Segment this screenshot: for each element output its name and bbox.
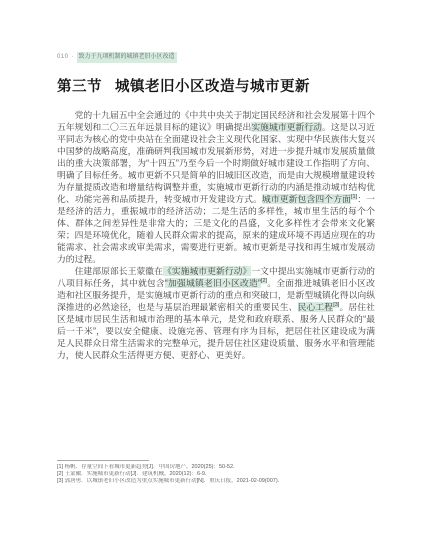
- footnote: [3] 郭唐勇．以城镇老旧小区改造为重点实施城市更新行动[N]．重庆日报，202…: [57, 478, 375, 485]
- section-number: 第三节: [57, 79, 102, 95]
- highlighted-text: 《实施城市更新行动》: [163, 266, 251, 276]
- highlighted-text: 民心工程: [298, 302, 334, 312]
- footnote: [2] 王蒙徽．实施城市更新行动[J]．建筑机械，2020(12)：6-9．: [57, 471, 375, 478]
- running-header: 010 · 致力于九项机制的城镇老旧小区改造: [57, 52, 375, 63]
- text-run: ：一是经济的活力，重振城市的经济活动；二是生活的多样性，城市里生活的每个个体、群…: [57, 194, 375, 264]
- section-title: 第三节城镇老旧小区改造与城市更新: [57, 78, 375, 96]
- body-paragraphs: 党的十九届五中全会通过的《中共中央关于制定国民经济和社会发展第十四个五年规划和二…: [57, 109, 375, 361]
- paragraph: 住建部原部长王蒙徽在《实施城市更新行动》一文中提出实施城市更新行动的八项目标任务…: [57, 265, 375, 361]
- section-title-text: 城镇老旧小区改造与城市更新: [115, 79, 310, 95]
- footnote: [1] 杨帆．存量空间下看城市更新趋势[J]．中国房地产，2020(25)：50…: [57, 464, 375, 471]
- highlighted-text: 实施城市更新行动: [251, 122, 322, 132]
- running-title: 致力于九项机制的城镇老旧小区改造: [77, 52, 177, 63]
- text-run: 。这是以习近平同志为核心的党中央站在全面建设社会主义现代化国家、实现中华民族伟大…: [57, 122, 375, 204]
- highlighted-text: 城市更新包含四个方面: [262, 194, 351, 204]
- highlighted-text: “加强城镇老旧小区改造”: [165, 278, 261, 288]
- paragraph: 党的十九届五中全会通过的《中共中央关于制定国民经济和社会发展第十四个五年规划和二…: [57, 109, 375, 265]
- page-number: 010: [57, 53, 69, 62]
- book-page: 010 · 致力于九项机制的城镇老旧小区改造 第三节城镇老旧小区改造与城市更新 …: [0, 0, 425, 553]
- text-run: 住建部原部长王蒙徽在: [75, 266, 163, 276]
- footnote-list: [1] 杨帆．存量空间下看城市更新趋势[J]．中国房地产，2020(25)：50…: [57, 464, 375, 484]
- footnotes: [1] 杨帆．存量空间下看城市更新趋势[J]．中国房地产，2020(25)：50…: [57, 460, 375, 484]
- footnote-divider: [57, 460, 149, 461]
- header-separator-dot: ·: [72, 53, 74, 62]
